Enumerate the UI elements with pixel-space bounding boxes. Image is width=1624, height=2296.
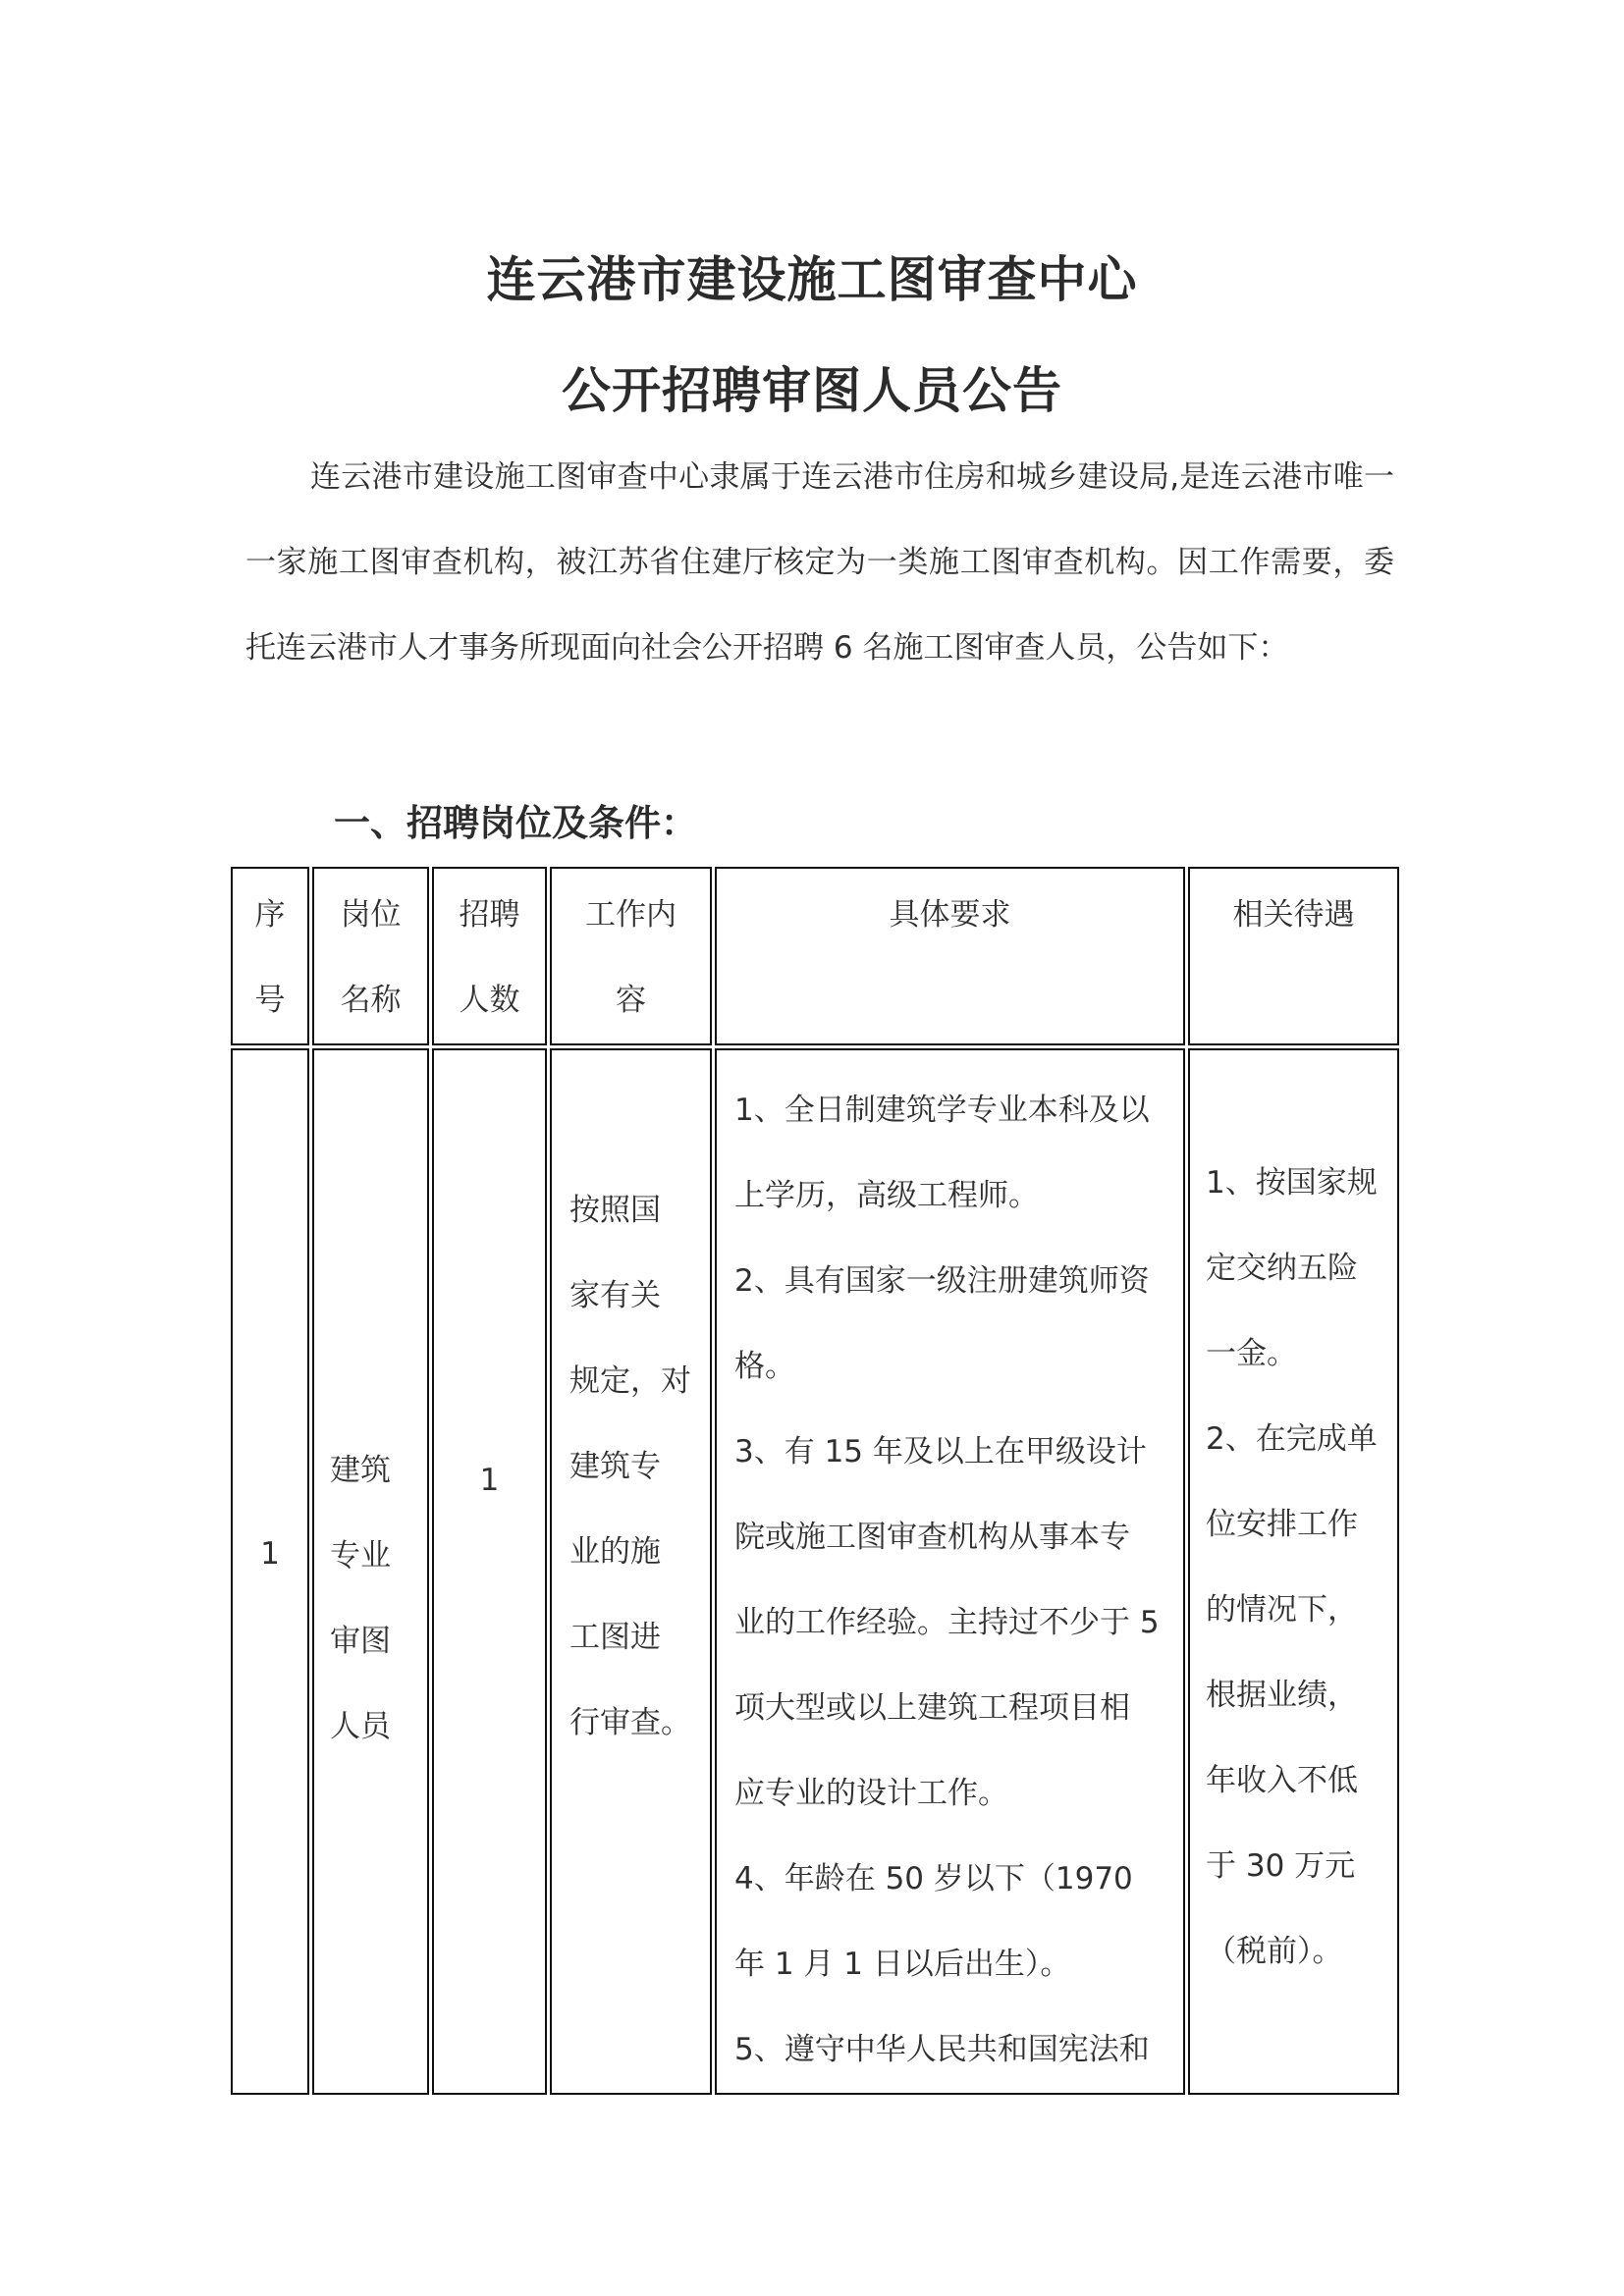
table-row: 1 建筑 专业 审图 人员 1 按照国 家有关 规定，对 建筑专 (231, 1048, 1399, 2095)
cell-hire-count: 1 (432, 1048, 547, 2095)
header-benefits: 相关待遇 (1188, 867, 1399, 1045)
header-seq: 序 号 (231, 867, 309, 1045)
cell-work-content: 按照国 家有关 规定，对 建筑专 业的施 工图进 行审查。 (550, 1048, 712, 2095)
cell-seq: 1 (231, 1048, 309, 2095)
header-hire-count: 招聘 人数 (432, 867, 547, 1045)
document-title-line1: 连云港市建设施工图审查中心 (0, 240, 1624, 311)
header-position-name: 岗位 名称 (312, 867, 429, 1045)
section-heading-positions: 一、招聘岗位及条件： (334, 793, 697, 846)
cell-benefits: 1、按国家规 定交纳五险 一金。 2、在完成单 位安排工作 的情况下， 根据业绩… (1188, 1048, 1399, 2095)
header-work-content: 工作内 容 (550, 867, 712, 1045)
document-title-line2: 公开招聘审图人员公告 (0, 351, 1624, 422)
intro-paragraph: 连云港市建设施工图审查中心隶属于连云港市住房和城乡建设局,是连云港市唯一一家施工… (245, 435, 1394, 691)
header-requirements: 具体要求 (715, 867, 1185, 1045)
cell-position-name: 建筑 专业 审图 人员 (312, 1048, 429, 2095)
positions-table: 序 号 岗位 名称 招聘 人数 工作内 容 具体要求 相关待遇 (228, 864, 1402, 2098)
table-header-row: 序 号 岗位 名称 招聘 人数 工作内 容 具体要求 相关待遇 (231, 867, 1399, 1045)
cell-requirements: 1、全日制建筑学专业本科及以 上学历，高级工程师。 2、具有国家一级注册建筑师资… (715, 1048, 1185, 2095)
